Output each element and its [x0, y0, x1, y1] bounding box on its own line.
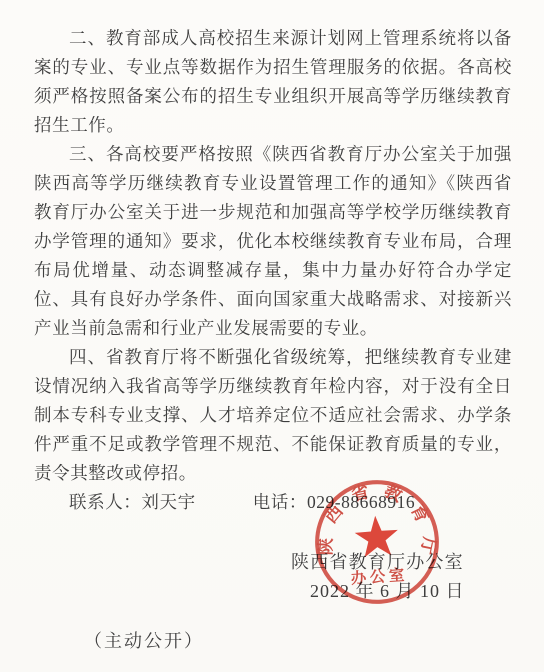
seal-bottom-text: 办公室 — [350, 565, 408, 588]
scanned-document-page: 二、教育部成人高校招生来源计划网上管理系统将以备案的专业、专业点等数据作为招生管… — [0, 0, 544, 672]
body-paragraph-2: 二、教育部成人高校招生来源计划网上管理系统将以备案的专业、专业点等数据作为招生管… — [34, 24, 512, 140]
disclosure-note: （主动公开） — [84, 627, 204, 653]
body-paragraph-3: 三、各高校要严格按照《陕西省教育厅办公室关于加强陕西高等学历继续教育专业设置管理… — [34, 140, 512, 343]
document-body: 二、教育部成人高校招生来源计划网上管理系统将以备案的专业、专业点等数据作为招生管… — [34, 24, 512, 517]
official-seal: 陕西省教育厅 办公室 — [304, 469, 449, 614]
contact-phone-label: 电话： — [253, 492, 307, 512]
body-paragraph-4: 四、省教育厅将不断强化省级统筹，把继续教育专业建设情况纳入我省高等学历继续教育年… — [34, 343, 512, 488]
contact-name: 刘天宇 — [141, 492, 195, 512]
contact-label: 联系人： — [69, 492, 141, 512]
seal-star-icon — [354, 514, 400, 558]
